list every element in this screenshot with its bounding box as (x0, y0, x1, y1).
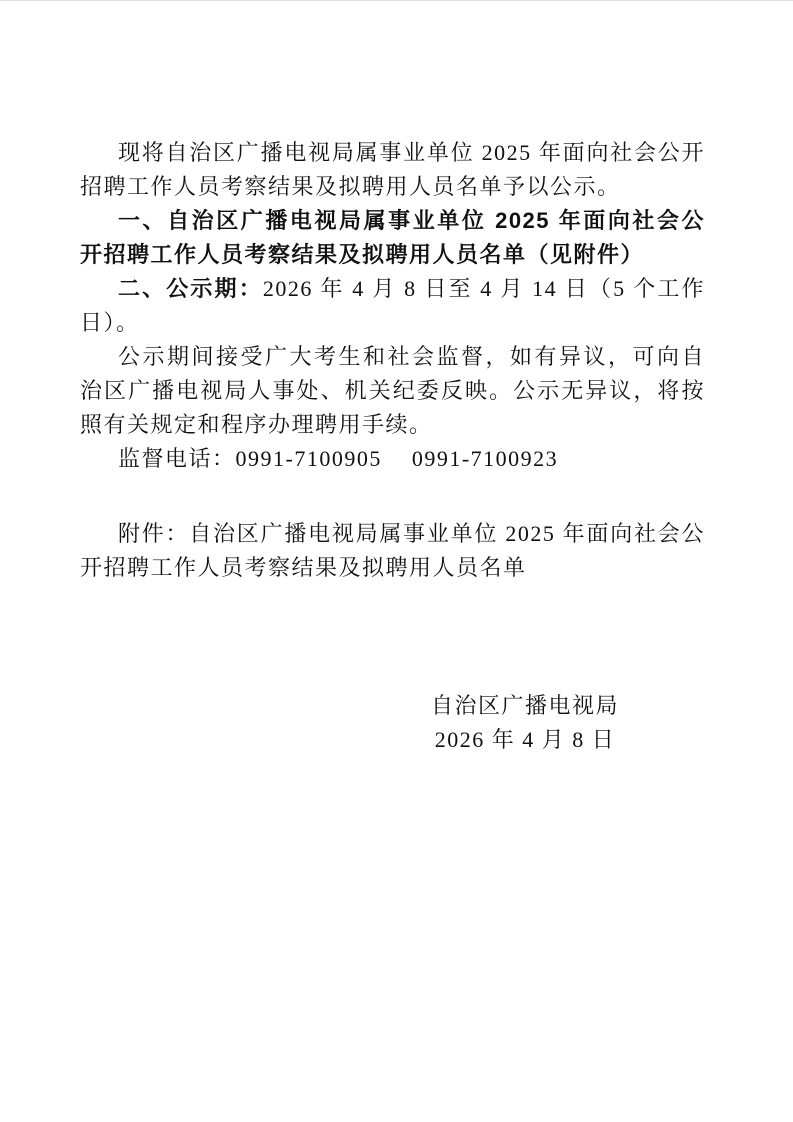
signature-block: 自治区广播电视局 2026 年 4 月 8 日 (405, 689, 645, 757)
section-1-heading: 一、自治区广播电视局属事业单位 2025 年面向社会公开招聘工作人员考察结果及拟… (80, 204, 705, 272)
phone-number-1: 0991-7100905 (236, 446, 382, 471)
intro-paragraph: 现将自治区广播电视局属事业单位 2025 年面向社会公开招聘工作人员考察结果及拟… (80, 136, 705, 204)
phone-label: 监督电话： (118, 446, 236, 471)
attachment-note: 附件：自治区广播电视局属事业单位 2025 年面向社会公开招聘工作人员考察结果及… (80, 517, 705, 585)
signer-name: 自治区广播电视局 (405, 689, 645, 723)
document-page: 现将自治区广播电视局属事业单位 2025 年面向社会公开招聘工作人员考察结果及拟… (0, 0, 793, 1122)
section-2-line: 二、公示期：2026 年 4 月 8 日至 4 月 14 日（5 个工作日）。 (80, 272, 705, 340)
phone-number-2: 0991-7100923 (412, 446, 558, 471)
supervision-paragraph: 公示期间接受广大考生和社会监督，如有异议，可向自治区广播电视局人事处、机关纪委反… (80, 340, 705, 442)
section-2-label: 二、公示期： (118, 276, 263, 301)
signature-date: 2026 年 4 月 8 日 (405, 723, 645, 757)
document-body: 现将自治区广播电视局属事业单位 2025 年面向社会公开招聘工作人员考察结果及拟… (0, 1, 793, 757)
supervision-phone-line: 监督电话：0991-71009050991-7100923 (80, 442, 705, 476)
